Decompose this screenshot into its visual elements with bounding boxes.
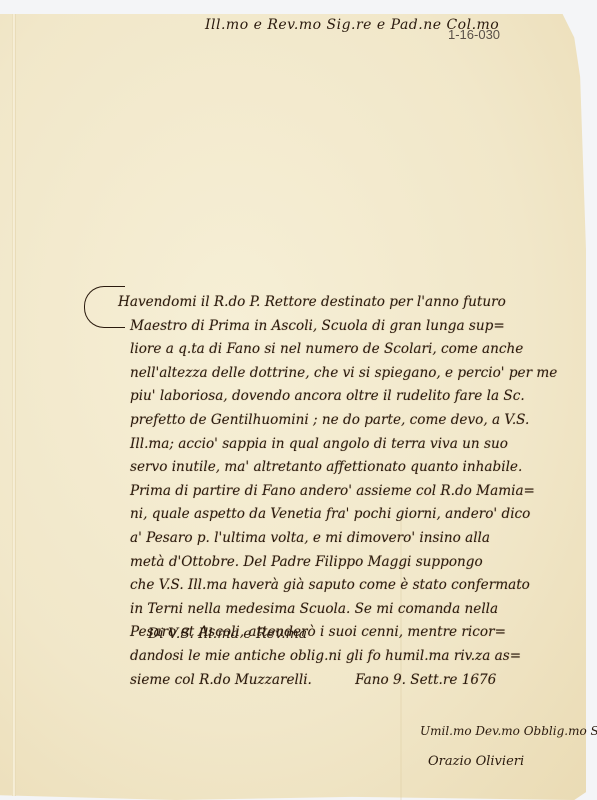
body-line: metà d'Ottobre. Del Padre Filippo Maggi … (90, 551, 575, 575)
signature-name: Orazio Olivieri (428, 754, 524, 769)
body-line: ni, quale aspetto da Venetia fra' pochi … (90, 503, 575, 527)
body-line: piu' laboriosa, dovendo ancora oltre il … (90, 385, 575, 409)
body-line: prefetto de Gentilhuomini ; ne do parte,… (90, 409, 575, 433)
body-line: dandosi le mie antiche oblig.ni gli fo h… (90, 645, 575, 669)
body-line: Havendomi il R.do P. Rettore destinato p… (90, 291, 575, 315)
body-line: che V.S. Ill.ma haverà già saputo come è… (90, 574, 575, 598)
archive-number: 1-16-030 (448, 27, 500, 42)
body-line: Prima di partire di Fano andero' assieme… (90, 480, 575, 504)
paper-fold-edge (12, 14, 16, 796)
place-date: Fano 9. Sett.re 1676 (355, 672, 496, 688)
signature-formula: Umil.mo Dev.mo Obblig.mo Servitore (420, 724, 597, 738)
closing-address: Di V.S. Ill.ma e Rev.ma (148, 626, 307, 642)
body-line: liore a q.ta di Fano si nel numero de Sc… (90, 338, 575, 362)
body-line: sieme col R.do Muzzarelli. Fano 9. Sett.… (90, 669, 575, 693)
body-line: Maestro di Prima in Ascoli, Scuola di gr… (90, 315, 575, 339)
body-line-text: sieme col R.do Muzzarelli. (130, 672, 312, 688)
body-line: Ill.ma; accio' sappia in qual angolo di … (90, 433, 575, 457)
body-line: a' Pesaro p. l'ultima volta, e mi dimove… (90, 527, 575, 551)
body-line: nell'altezza delle dottrine, che vi si s… (90, 362, 575, 386)
body-line: servo inutile, ma' altretanto affettiona… (90, 456, 575, 480)
body-line: in Terni nella medesima Scuola. Se mi co… (90, 598, 575, 622)
